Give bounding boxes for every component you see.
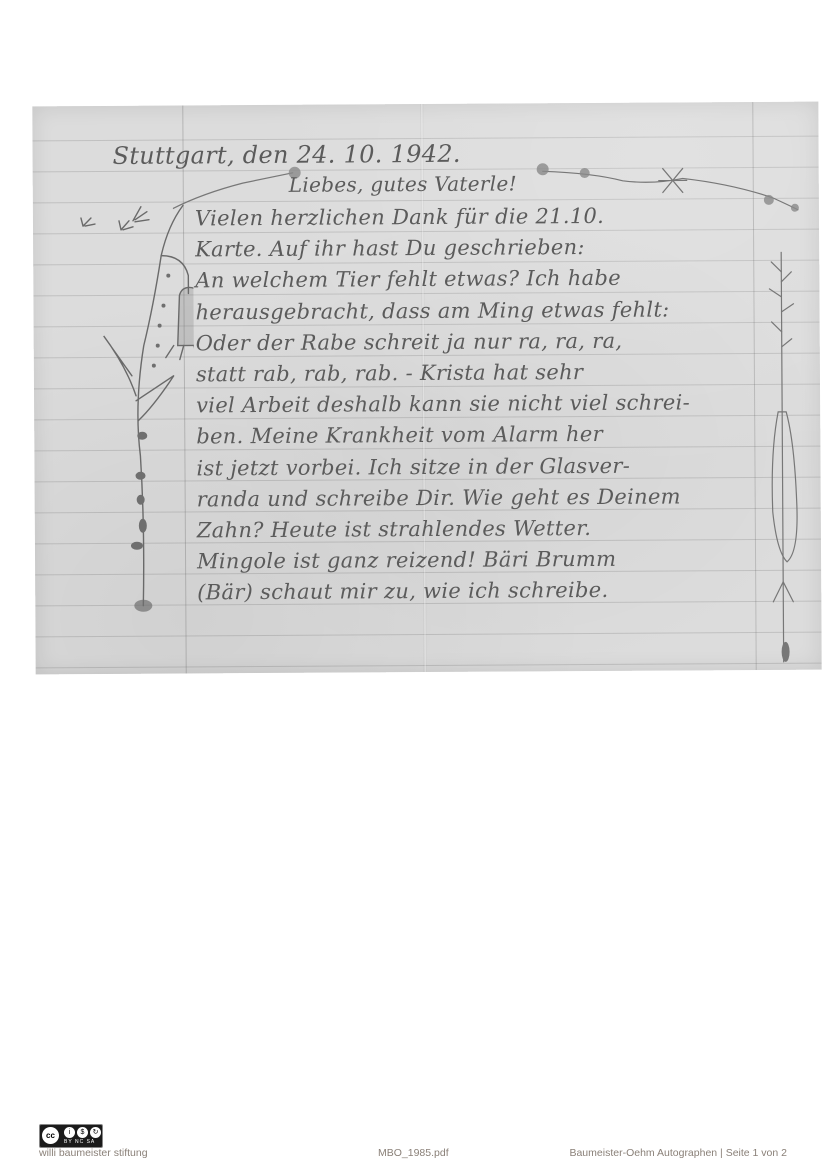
license-label: BY NC SA [64,1139,100,1145]
letter-line: (Bär) schaut mir zu, wie ich schreibe. [197,575,691,609]
letter-line: ben. Meine Krankheit vom Alarm her [196,419,690,453]
cc-by-nc-sa-icon[interactable]: cc i $ ↻ BY NC SA [39,1124,103,1148]
flower-vine-left-drawing [73,195,196,636]
letter-line: herausgebracht, dass am Ming etwas fehlt… [195,294,689,328]
page-footer: cc i $ ↻ BY NC SA willi baumeister stift… [0,1124,826,1169]
letter-line: Vielen herzlichen Dank für die 21.10. [195,200,689,234]
letter-line: randa und schreibe Dir. Wie geht es Dein… [197,481,691,515]
file-name: MBO_1985.pdf [378,1147,449,1159]
collection-page-info: Baumeister-Oehm Autographen | Seite 1 vo… [569,1147,787,1159]
letter-line: ist jetzt vorbei. Ich sitze in der Glasv… [196,450,690,484]
by-icon: i [64,1127,75,1138]
flower-stem-right-drawing [751,252,814,672]
letter-line: An welchem Tier fehlt etwas? Ich habe [195,263,689,297]
letter-line: statt rab, rab, rab. - Krista hat sehr [196,356,690,390]
letter-line: Mingole ist ganz reizend! Bäri Brumm [197,543,691,577]
letter-scan: Stuttgart, den 24. 10. 1942. Liebes, gut… [32,102,821,675]
cc-icon: cc [42,1127,59,1144]
letter-line: Oder der Rabe schreit ja nur ra, ra, ra, [196,325,690,359]
nc-icon: $ [77,1127,88,1138]
letter-date-line: Stuttgart, den 24. 10. 1942. [112,140,460,170]
letter-line: Zahn? Heute ist strahlendes Wetter. [197,512,691,546]
letter-line: Karte. Auf ihr hast Du geschrieben: [195,232,689,266]
letter-body: Vielen herzlichen Dank für die 21.10. Ka… [195,200,691,608]
letter-line: viel Arbeit deshalb kann sie nicht viel … [196,388,690,422]
letter-greeting: Liebes, gutes Vaterle! [289,171,517,196]
sa-icon: ↻ [90,1127,101,1138]
publisher-name: willi baumeister stiftung [39,1147,148,1159]
